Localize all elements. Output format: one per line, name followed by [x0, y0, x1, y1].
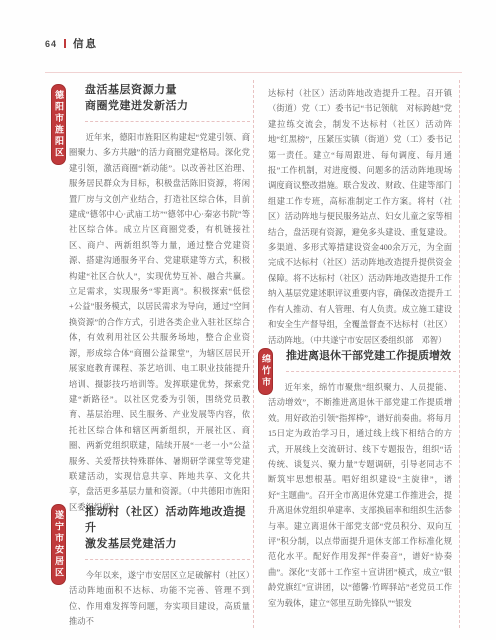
- title-separator: [85, 559, 250, 560]
- article-title: 推动村（社区）活动阵地改造提升 激发基层党建活力: [85, 504, 250, 552]
- title-line-1: 盘活基层资源力量: [85, 84, 177, 96]
- article-suining: 遂宁市安居区 推动村（社区）活动阵地改造提升 激发基层党建活力 今年以来，遂宁市…: [48, 502, 250, 630]
- article-suining-continuation: 达标村（社区）活动阵地改造提升工程。召开镇（街道）党（工）委书记“书记领航 对标…: [268, 86, 452, 348]
- article-title: 盘活基层资源力量 商圈党建迸发新活力: [85, 82, 250, 114]
- title-line-2: 激发基层党建活力: [85, 538, 177, 550]
- article-body: 近年来，德阳市旌阳区构建起“党建引领、商圈聚力、多方共融”的活力商圈党建格局。深…: [69, 130, 250, 515]
- article-deyang: 德阳市旌阳区 盘活基层资源力量 商圈党建迸发新活力 近年来，德阳市旌阳区构建起“…: [48, 82, 250, 515]
- title-separator: [85, 121, 250, 122]
- page-number: 64: [45, 39, 57, 49]
- magazine-page: 64 信息 德阳市旌阳区 盘活基层资源力量 商圈党建迸发新活力 近年来，德阳市旌…: [0, 0, 496, 640]
- right-column: 达标村（社区）活动阵地改造提升工程。召开镇（街道）党（工）委书记“书记领航 对标…: [260, 82, 456, 348]
- right-margin-guide: [459, 80, 460, 628]
- header-rule: [45, 72, 462, 73]
- title-separator: [286, 371, 456, 372]
- article-title: 推进离退休干部党建工作提质增效: [286, 348, 456, 364]
- region-badge-deyang: 德阳市旌阳区: [51, 84, 66, 165]
- article-body: 近年来，绵竹市聚焦“组织聚力、人员提能、活动增效”，不断推进离退休干部党建工作提…: [268, 380, 452, 611]
- article-body: 今年以来，遂宁市安居区立足破解村（社区）活动阵地面积不达标、功能不完善、管理不到…: [69, 568, 250, 630]
- header-divider: [64, 39, 66, 48]
- column-divider: [253, 80, 254, 628]
- section-title: 信息: [73, 36, 98, 51]
- region-badge-mianzhu: 绵竹市: [258, 348, 273, 395]
- title-line-2: 商圈党建迸发新活力: [85, 100, 189, 112]
- left-column: 德阳市旌阳区 盘活基层资源力量 商圈党建迸发新活力 近年来，德阳市旌阳区构建起“…: [48, 80, 250, 515]
- region-badge-suining: 遂宁市安居区: [51, 504, 66, 585]
- article-mianzhu: 绵竹市 推进离退休干部党建工作提质增效 近年来，绵竹市聚焦“组织聚力、人员提能、…: [260, 346, 456, 611]
- page-header: 64 信息: [45, 36, 98, 51]
- title-line-1: 推动村（社区）活动阵地改造提升: [85, 506, 246, 534]
